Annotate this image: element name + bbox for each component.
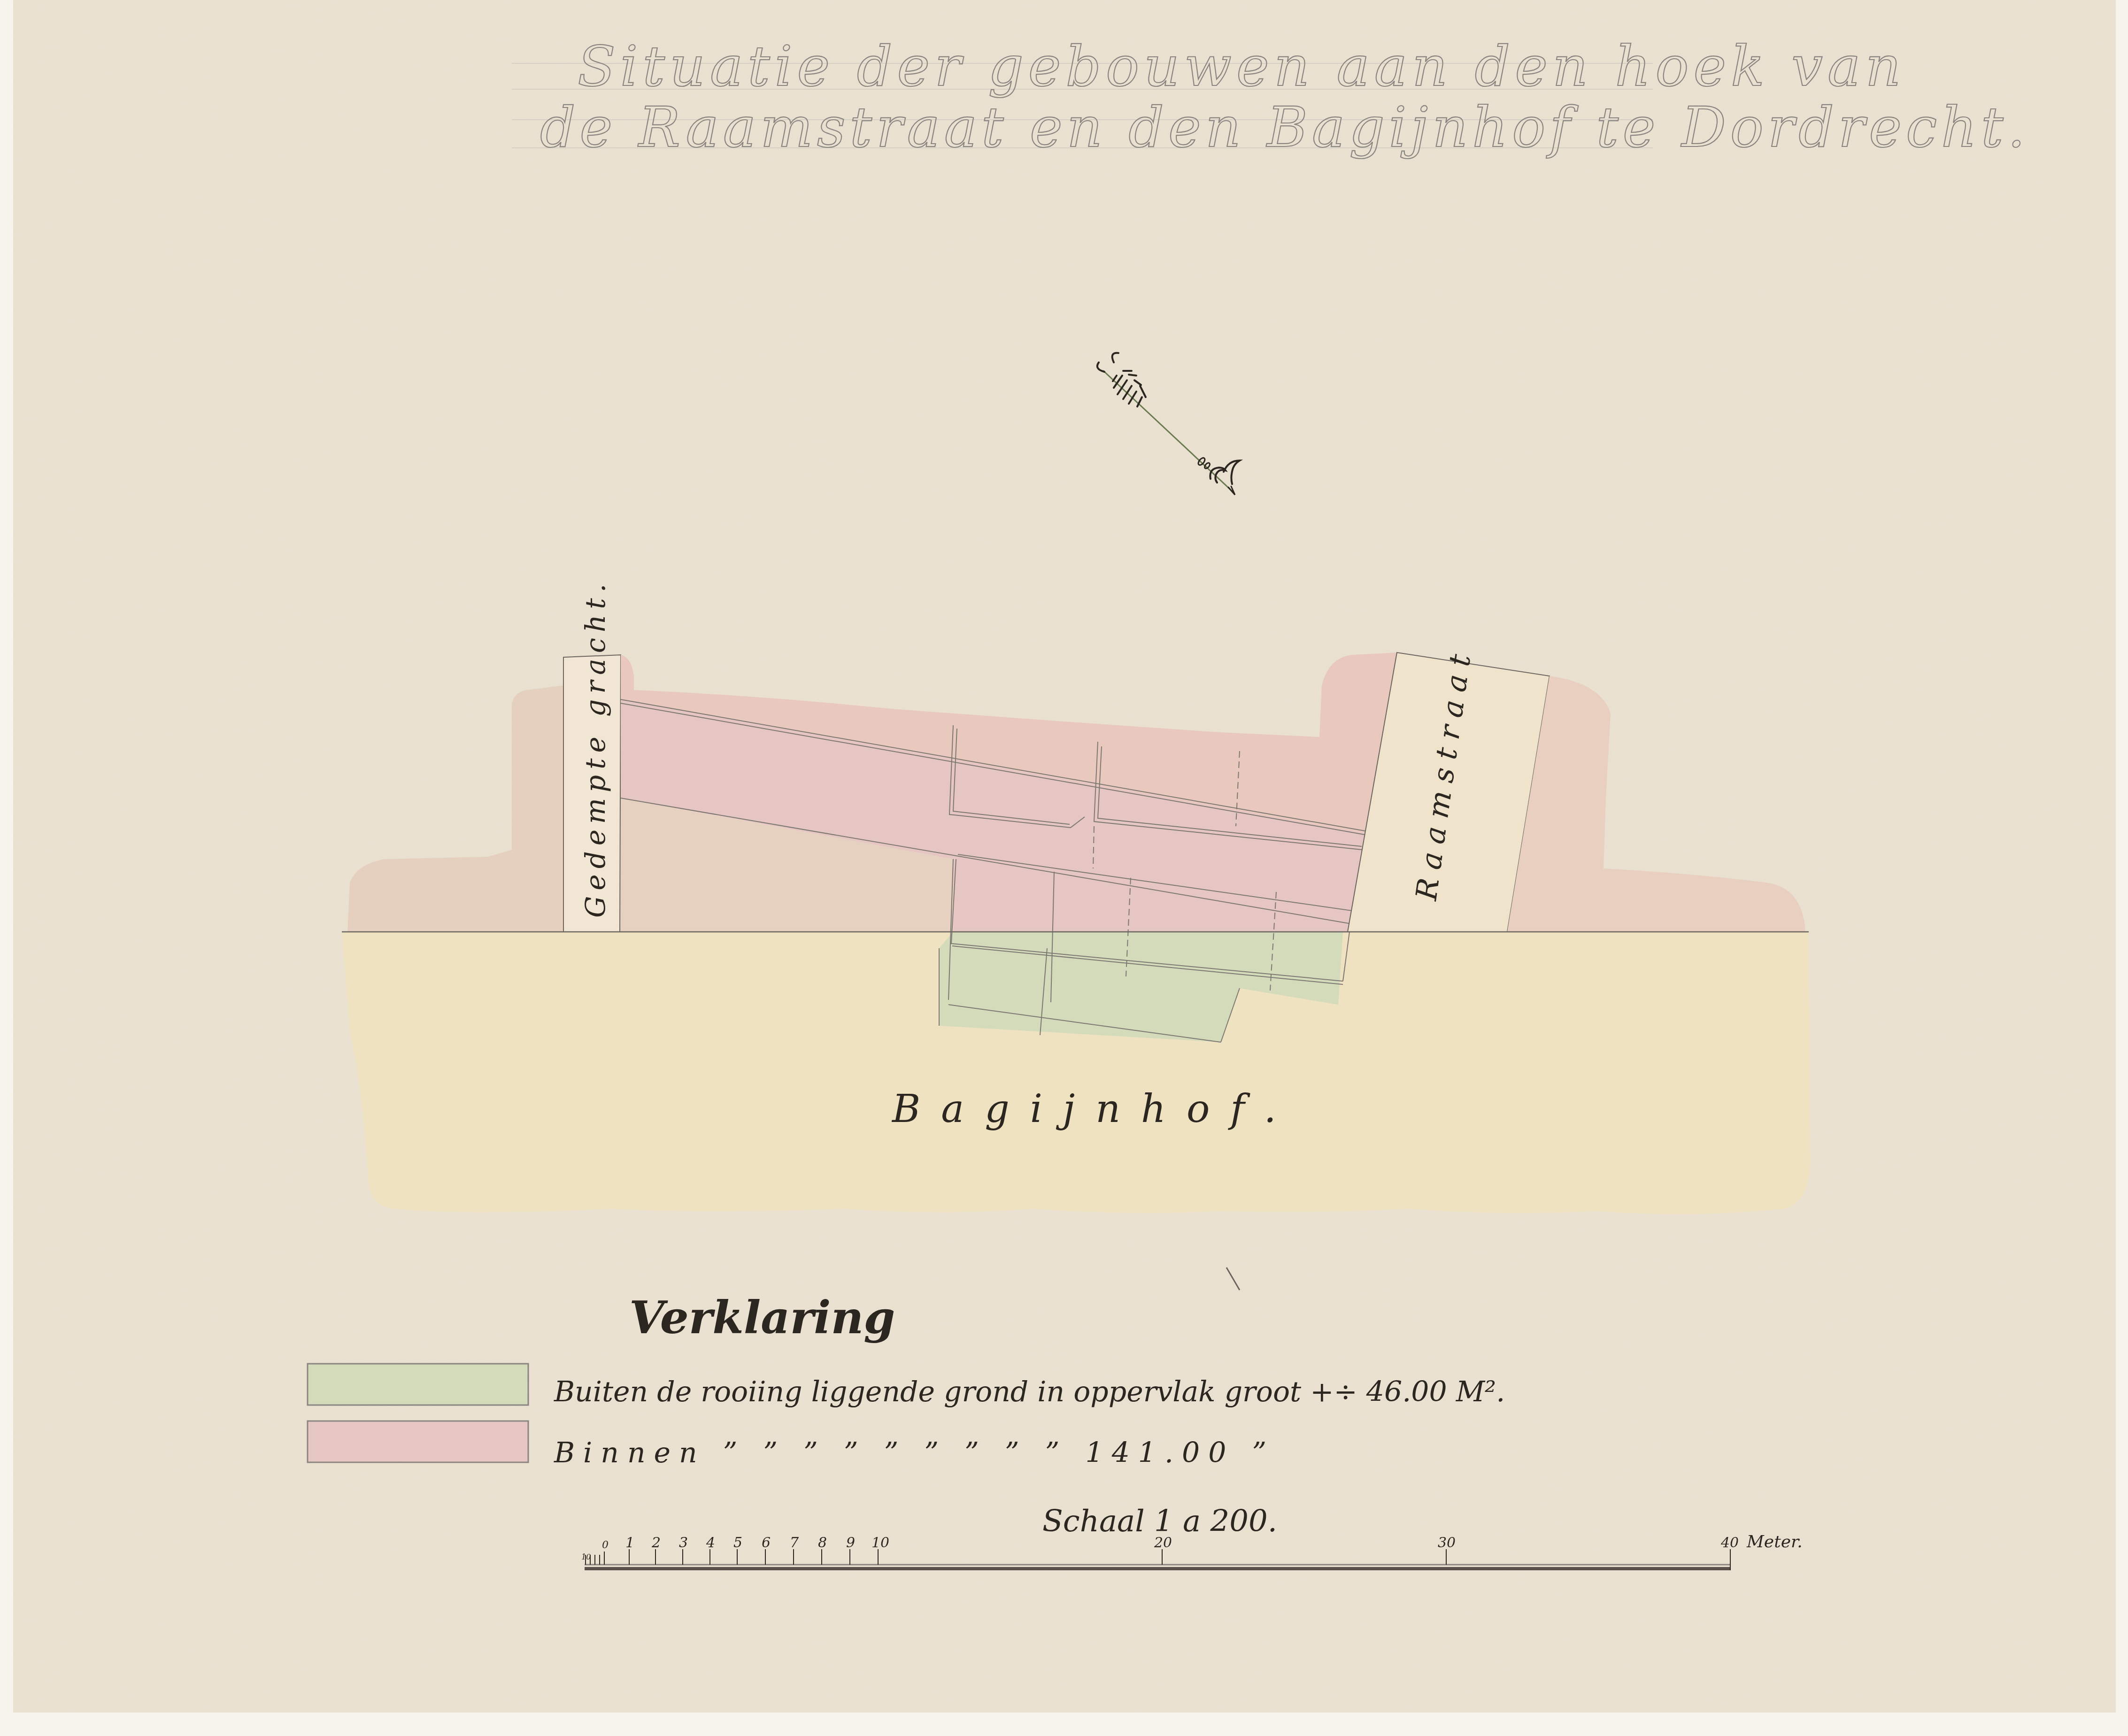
scale-tick-label: 2 — [651, 1535, 661, 1551]
map-sheet: Situatie der gebouwen aan den hoek van d… — [0, 0, 2128, 1736]
scale-unit-label: Meter. — [1746, 1532, 1803, 1552]
scale-tick-label: 30 — [1438, 1535, 1456, 1551]
label-gedempte-gracht: Gedempte gracht. — [579, 578, 611, 918]
scale-tick-label: 10 — [871, 1535, 889, 1551]
scale-tick-label: 40 — [1720, 1535, 1739, 1551]
legend-heading: Verklaring — [629, 1291, 895, 1344]
scale-tick-label: 4 — [706, 1535, 715, 1551]
scale-subdiv-label: 10 — [581, 1552, 591, 1561]
legend-swatch-binnen — [308, 1421, 528, 1462]
scale-tick-label: 7 — [790, 1535, 799, 1551]
legend-swatch-buiten — [308, 1364, 528, 1405]
scale-tick-label: 9 — [846, 1535, 855, 1551]
title-line-2: de Raamstraat en den Bagijnhof te Dordre… — [540, 95, 2029, 160]
scale-tick-label: 8 — [818, 1535, 827, 1551]
scale-tick-label: 20 — [1154, 1535, 1172, 1551]
scale-tick-label: 3 — [679, 1535, 688, 1551]
label-bagijnhof: Bagijnhof. — [891, 1087, 1297, 1131]
legend-label-buiten: Buiten de rooiing liggende grond in oppe… — [554, 1375, 1505, 1408]
title-line-1: Situatie der gebouwen aan den hoek van — [578, 34, 1905, 99]
scale-tick-label: 5 — [733, 1535, 742, 1551]
scale-tick-label: 6 — [762, 1535, 771, 1551]
scale-tick-label: 1 — [625, 1535, 634, 1551]
scale-title: Schaal 1 a 200. — [1042, 1504, 1277, 1539]
legend-label-binnen: Binnen ” ” ” ” ” ” ” ” ” 141.00 ” — [554, 1436, 1275, 1469]
scale-subdiv-label: 0 — [602, 1539, 609, 1551]
